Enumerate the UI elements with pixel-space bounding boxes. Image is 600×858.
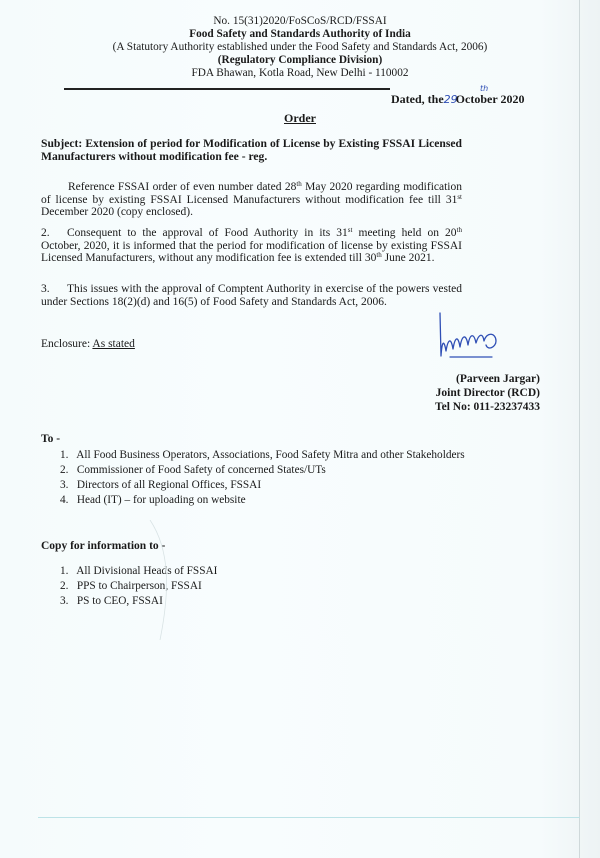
enclosure-line: Enclosure: As stated: [41, 338, 135, 350]
organization-description: (A Statutory Authority established under…: [0, 41, 600, 54]
subject-line: Subject: Extension of period for Modific…: [41, 137, 462, 163]
handwritten-day-suffix: th: [480, 84, 488, 93]
division-name: (Regulatory Compliance Division): [0, 54, 600, 67]
item-number: 2.: [60, 463, 74, 478]
p1-text-a: Reference FSSAI order of even number dat…: [68, 181, 296, 193]
p1-text-c: December 2020 (copy enclosed).: [41, 206, 193, 218]
reference-number: No. 15(31)2020/FoSCoS/RCD/FSSAI: [0, 15, 600, 28]
paragraph-2: 2.Consequent to the approval of Food Aut…: [41, 227, 462, 265]
item-number: 3.: [60, 594, 74, 609]
p2-text-b: meeting held on 20: [352, 227, 456, 239]
p2-sup-b: th: [457, 226, 462, 234]
document-page: No. 15(31)2020/FoSCoS/RCD/FSSAI Food Saf…: [0, 0, 600, 858]
signatory-designation: Joint Director (RCD): [340, 386, 540, 400]
p1-sup-b: st: [457, 193, 462, 201]
paper-fold-mark: [140, 520, 200, 640]
bottom-rule: [38, 817, 580, 818]
signature-icon: [430, 311, 530, 366]
item-text: All Food Business Operators, Association…: [76, 449, 464, 461]
paragraph-1: Reference FSSAI order of even number dat…: [41, 181, 462, 219]
item-text: Head (IT) – for uploading on website: [77, 494, 246, 506]
address: FDA Bhawan, Kotla Road, New Delhi - 1100…: [0, 67, 600, 80]
p2-text-a: Consequent to the approval of Food Autho…: [67, 227, 348, 239]
item-number: 1.: [60, 564, 74, 579]
date-suffix: October 2020: [456, 92, 525, 106]
p2-text-d: June 2021.: [382, 252, 435, 264]
list-item: 4. Head (IT) – for uploading on website: [60, 493, 465, 508]
date-prefix: Dated, the: [391, 92, 444, 106]
paragraph-3: 3.This issues with the approval of Compt…: [41, 283, 462, 308]
item-number: 1.: [60, 448, 74, 463]
date-line: Dated, the29thOctober 2020: [391, 92, 524, 107]
item-number: 3.: [60, 478, 74, 493]
item-number: 4.: [60, 493, 74, 508]
item-text: Directors of all Regional Offices, FSSAI: [77, 479, 261, 491]
header-rule: [64, 88, 390, 90]
item-number: 2.: [60, 579, 74, 594]
enclosure-value: As stated: [92, 338, 134, 350]
list-item: 1. All Food Business Operators, Associat…: [60, 448, 465, 463]
document-title: Order: [0, 111, 600, 126]
p2-number: 2.: [41, 227, 67, 240]
item-text: Commissioner of Food Safety of concerned…: [77, 464, 326, 476]
handwritten-day: 29: [444, 93, 456, 106]
list-item: 3. Directors of all Regional Offices, FS…: [60, 478, 465, 493]
list-item: 2. Commissioner of Food Safety of concer…: [60, 463, 465, 478]
enclosure-label: Enclosure:: [41, 338, 92, 350]
signatory-telephone: Tel No: 011-23237433: [340, 400, 540, 414]
organization-name: Food Safety and Standards Authority of I…: [0, 28, 600, 41]
p3-text: This issues with the approval of Compten…: [41, 283, 462, 308]
recipient-list: 1. All Food Business Operators, Associat…: [60, 448, 465, 508]
to-label: To -: [41, 433, 60, 445]
page-edge: [579, 0, 580, 858]
p3-number: 3.: [41, 283, 67, 296]
signatory-name: (Parveen Jargar): [340, 372, 540, 386]
